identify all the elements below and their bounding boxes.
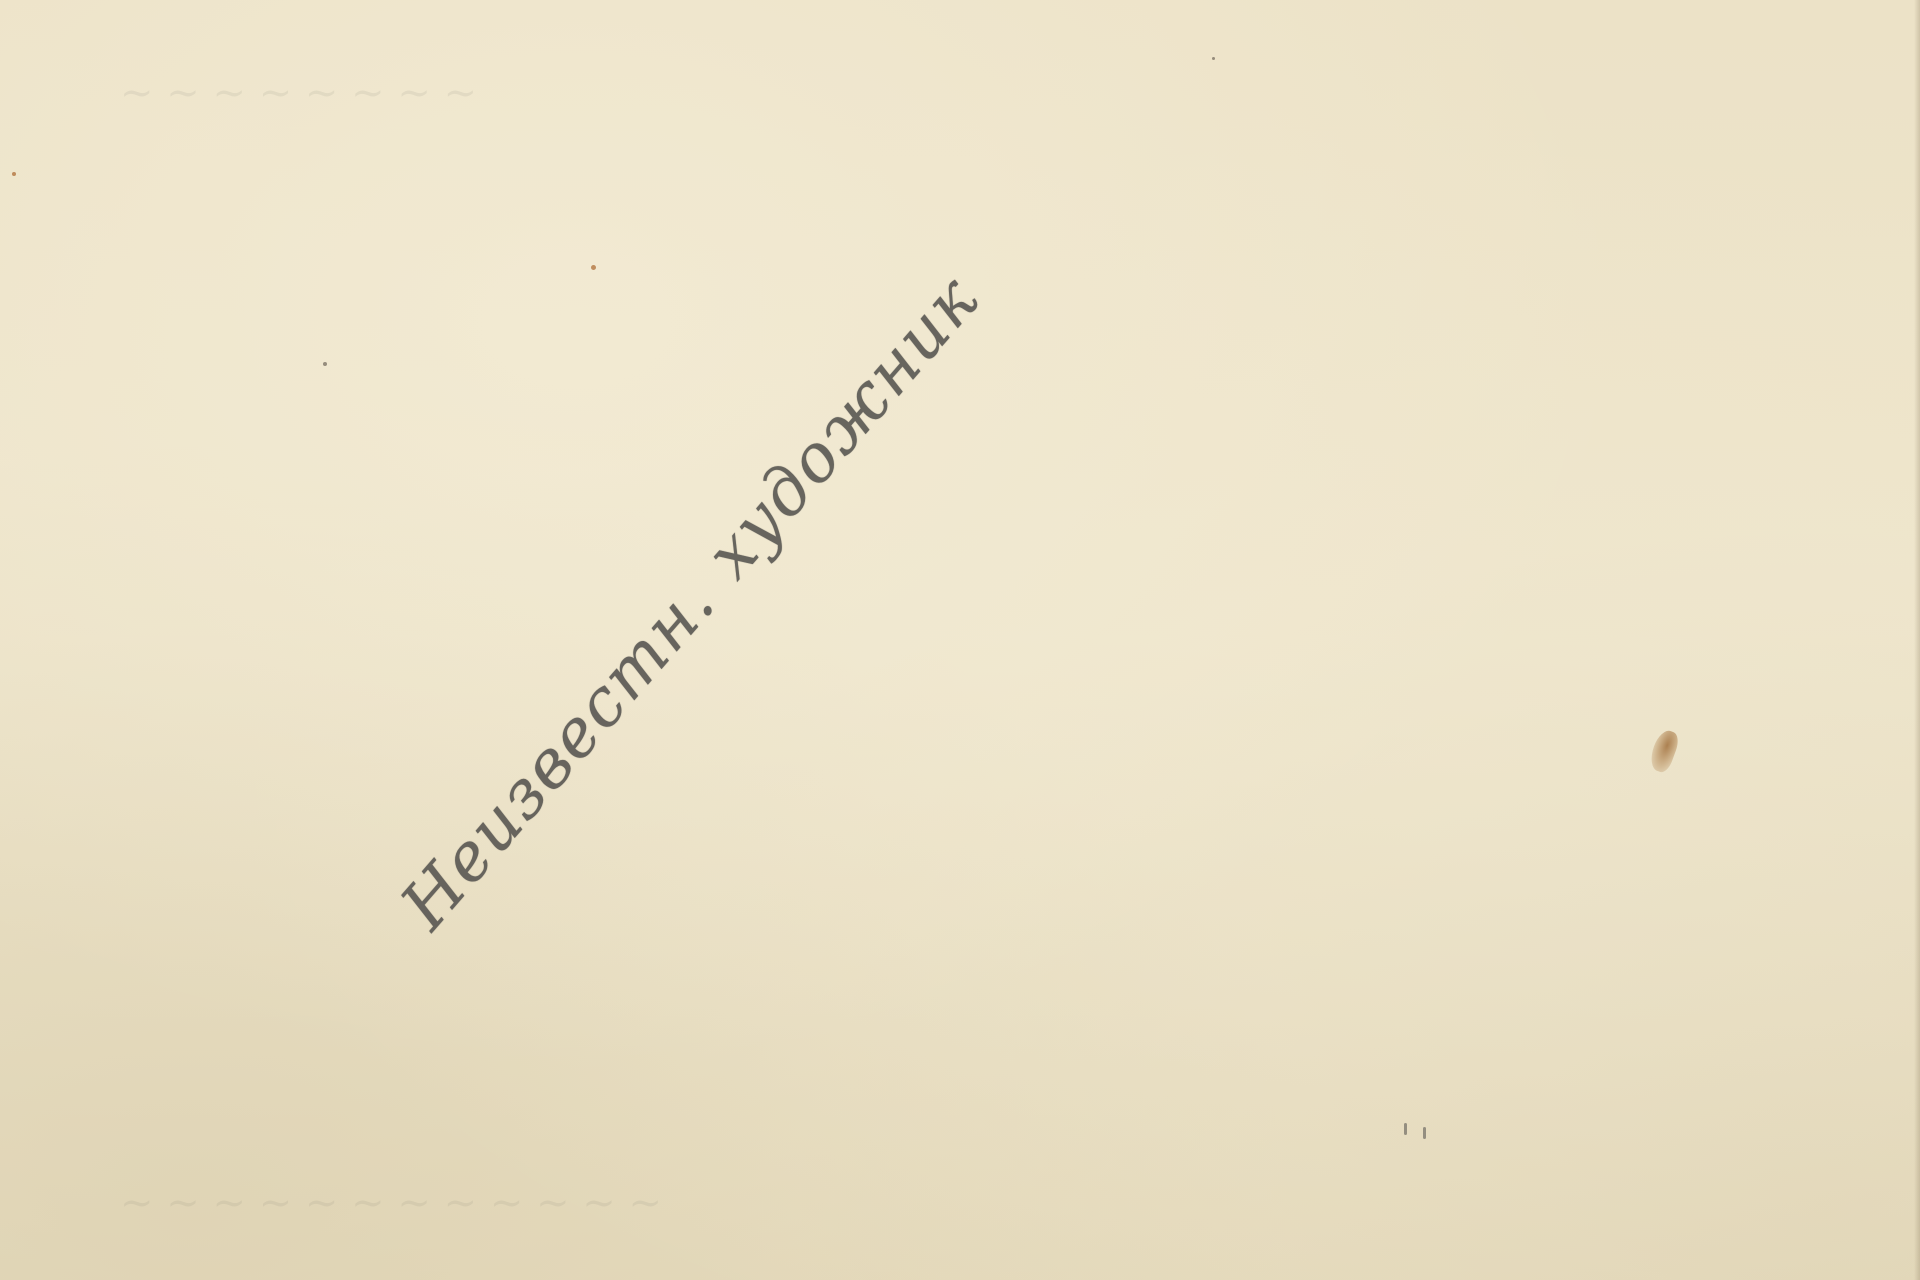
pencil-ticks <box>1423 1127 1426 1139</box>
pencil-ticks <box>1404 1123 1407 1135</box>
inscription-word-1: Неизвестн. <box>386 563 731 943</box>
faint-offset-marks: ~ ~ ~ ~ ~ ~ ~ ~ ~ ~ ~ ~ <box>120 1180 662 1226</box>
speck <box>591 265 596 270</box>
paper-card-back: ~ ~ ~ ~ ~ ~ ~ ~ ~ ~ ~ ~ ~ ~ ~ ~ ~ ~ ~ ~ … <box>0 0 1920 1280</box>
speck <box>1212 57 1215 60</box>
speck <box>323 362 327 366</box>
speck <box>12 172 16 176</box>
faint-offset-marks: ~ ~ ~ ~ ~ ~ ~ ~ <box>120 70 477 116</box>
pencil-inscription: Неизвестн.художник <box>386 260 994 943</box>
inscription-word-2: художник <box>691 260 994 592</box>
paper-edge <box>1914 0 1920 1280</box>
brown-stain <box>1646 728 1681 775</box>
